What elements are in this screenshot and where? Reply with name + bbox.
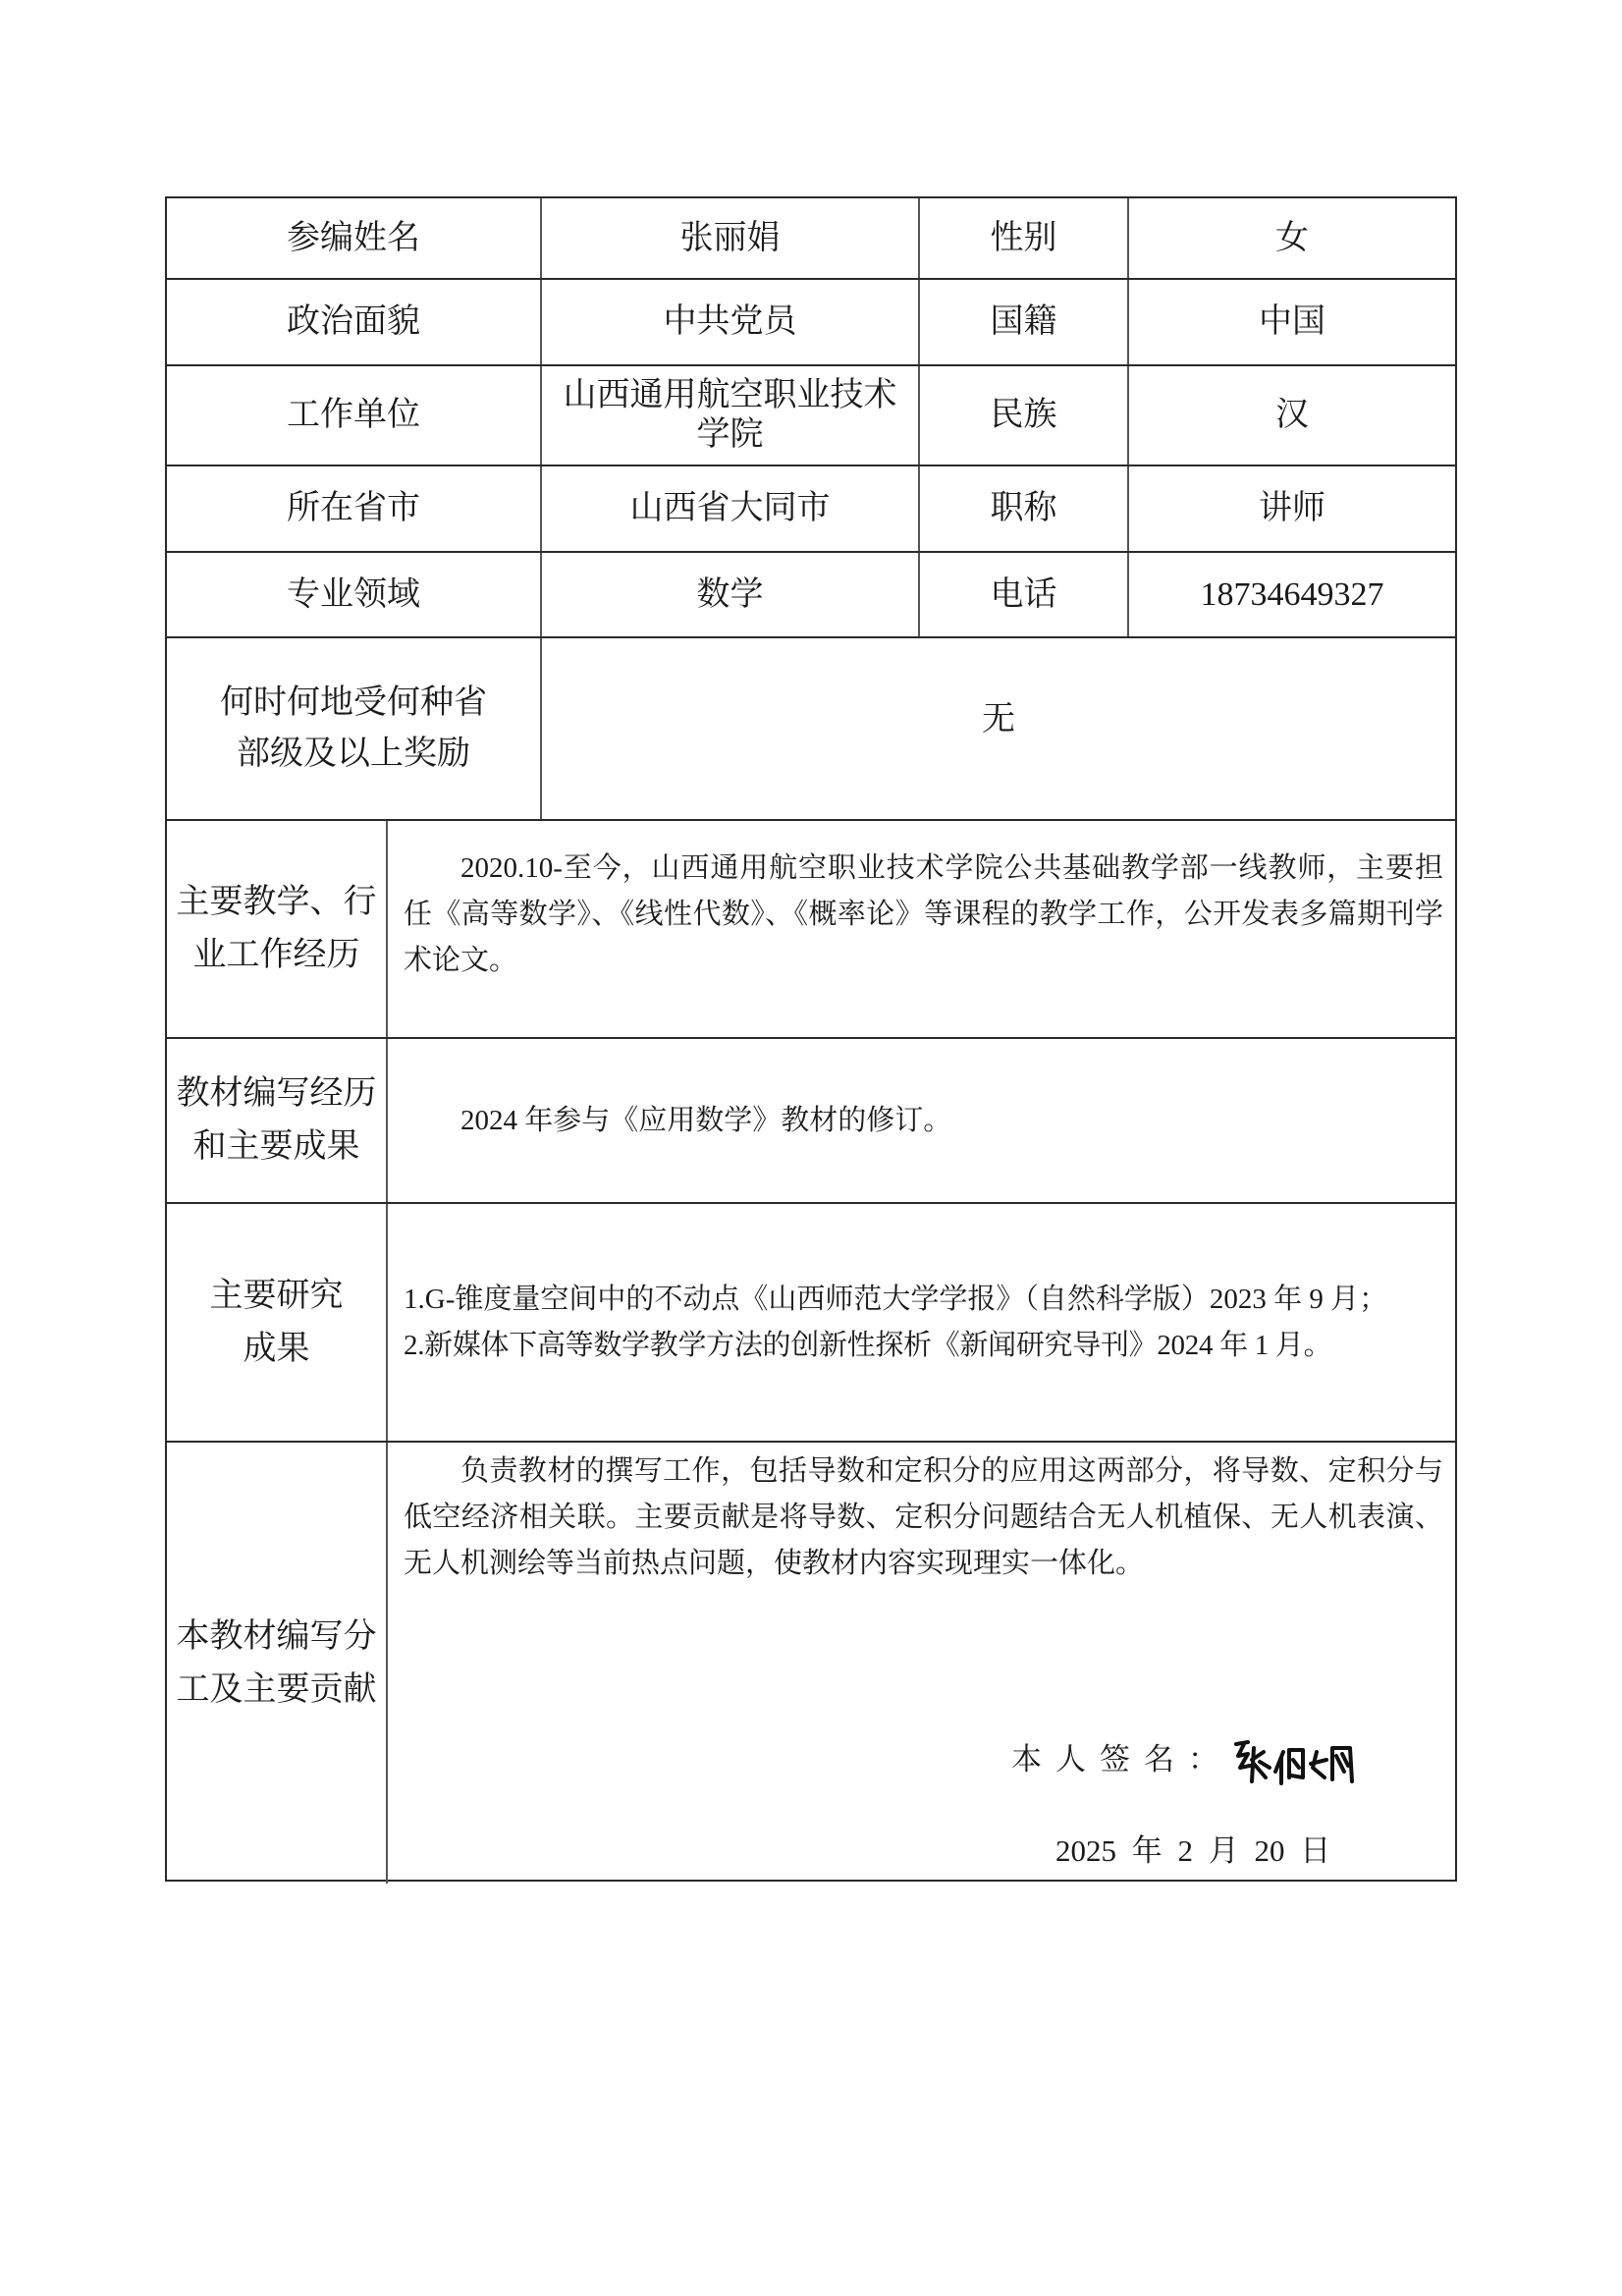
signature-date: 2025 年 2 月 20 日 — [1055, 1826, 1330, 1870]
value-title: 讲师 — [1127, 466, 1455, 551]
label-province-city: 所在省市 — [167, 466, 540, 551]
table-row: 政治面貌 中共党员 国籍 中国 — [167, 278, 1455, 364]
value-field: 数学 — [540, 553, 918, 636]
label-title: 职称 — [918, 466, 1127, 551]
value-nationality: 中国 — [1127, 280, 1455, 364]
signature-handwritten — [1232, 1738, 1379, 1787]
label-nationality: 国籍 — [918, 280, 1127, 364]
value-employer: 山西通用航空职业技术学院 — [540, 366, 918, 465]
label-phone: 电话 — [918, 553, 1127, 636]
label-ethnicity: 民族 — [918, 366, 1127, 465]
textbook-experience-text: 2024 年参与《应用数学》教材的修订。 — [404, 1098, 1443, 1144]
value-awards: 无 — [540, 638, 1455, 819]
table-row-research: 主要研究成果 1.G-锥度量空间中的不动点《山西师范大学学报》（自然科学版）20… — [167, 1202, 1455, 1441]
label-political-status: 政治面貌 — [167, 280, 540, 364]
table-row-textbook: 教材编写经历和主要成果 2024 年参与《应用数学》教材的修订。 — [167, 1037, 1455, 1202]
table-row: 所在省市 山西省大同市 职称 讲师 — [167, 465, 1455, 551]
participant-info-table: 参编姓名 张丽娟 性别 女 政治面貌 中共党员 国籍 中国 工作单位 山西通用航… — [165, 196, 1457, 1882]
teaching-experience-cell: 2020.10-至今，山西通用航空职业技术学院公共基础教学部一线教师，主要担任《… — [386, 821, 1455, 1037]
table-row: 工作单位 山西通用航空职业技术学院 民族 汉 — [167, 364, 1455, 465]
value-phone: 18734649327 — [1127, 553, 1455, 636]
table-row: 参编姓名 张丽娟 性别 女 — [167, 198, 1455, 278]
label-teaching: 主要教学、行业工作经历 — [167, 821, 386, 1037]
signature-line: 本人签名： — [1011, 1734, 1379, 1787]
value-province-city: 山西省大同市 — [540, 466, 918, 551]
value-gender: 女 — [1127, 198, 1455, 278]
label-name: 参编姓名 — [167, 198, 540, 278]
table-row-teaching: 主要教学、行业工作经历 2020.10-至今，山西通用航空职业技术学院公共基础教… — [167, 819, 1455, 1037]
handwritten-signature-icon — [1232, 1738, 1379, 1789]
label-awards: 何时何地受何种省部级及以上奖励 — [167, 638, 540, 819]
contribution-cell: 负责教材的撰写工作，包括导数和定积分的应用这两部分，将导数、定积分与低空经济相关… — [386, 1443, 1455, 1884]
value-political-status: 中共党员 — [540, 280, 918, 364]
label-field: 专业领域 — [167, 553, 540, 636]
signature-label: 本人签名： — [1011, 1742, 1232, 1777]
table-row-awards: 何时何地受何种省部级及以上奖励 无 — [167, 636, 1455, 819]
label-employer: 工作单位 — [167, 366, 540, 465]
label-contribution: 本教材编写分工及主要贡献 — [167, 1443, 386, 1884]
label-textbook: 教材编写经历和主要成果 — [167, 1039, 386, 1202]
value-ethnicity: 汉 — [1127, 366, 1455, 465]
textbook-experience-cell: 2024 年参与《应用数学》教材的修订。 — [386, 1039, 1455, 1202]
contribution-text: 负责教材的撰写工作，包括导数和定积分的应用这两部分，将导数、定积分与低空经济相关… — [404, 1449, 1443, 1587]
research-item: 1.G-锥度量空间中的不动点《山西师范大学学报》（自然科学版）2023 年 9 … — [404, 1277, 1443, 1323]
teaching-experience-text: 2020.10-至今，山西通用航空职业技术学院公共基础教学部一线教师，主要担任《… — [404, 846, 1443, 984]
table-row-contribution: 本教材编写分工及主要贡献 负责教材的撰写工作，包括导数和定积分的应用这两部分，将… — [167, 1441, 1455, 1884]
label-research: 主要研究成果 — [167, 1204, 386, 1441]
research-cell: 1.G-锥度量空间中的不动点《山西师范大学学报》（自然科学版）2023 年 9 … — [386, 1204, 1455, 1441]
table-row: 专业领域 数学 电话 18734649327 — [167, 551, 1455, 636]
research-item: 2.新媒体下高等数学教学方法的创新性探析《新闻研究导刊》2024 年 1 月。 — [404, 1323, 1443, 1369]
label-gender: 性别 — [918, 198, 1127, 278]
value-name: 张丽娟 — [540, 198, 918, 278]
